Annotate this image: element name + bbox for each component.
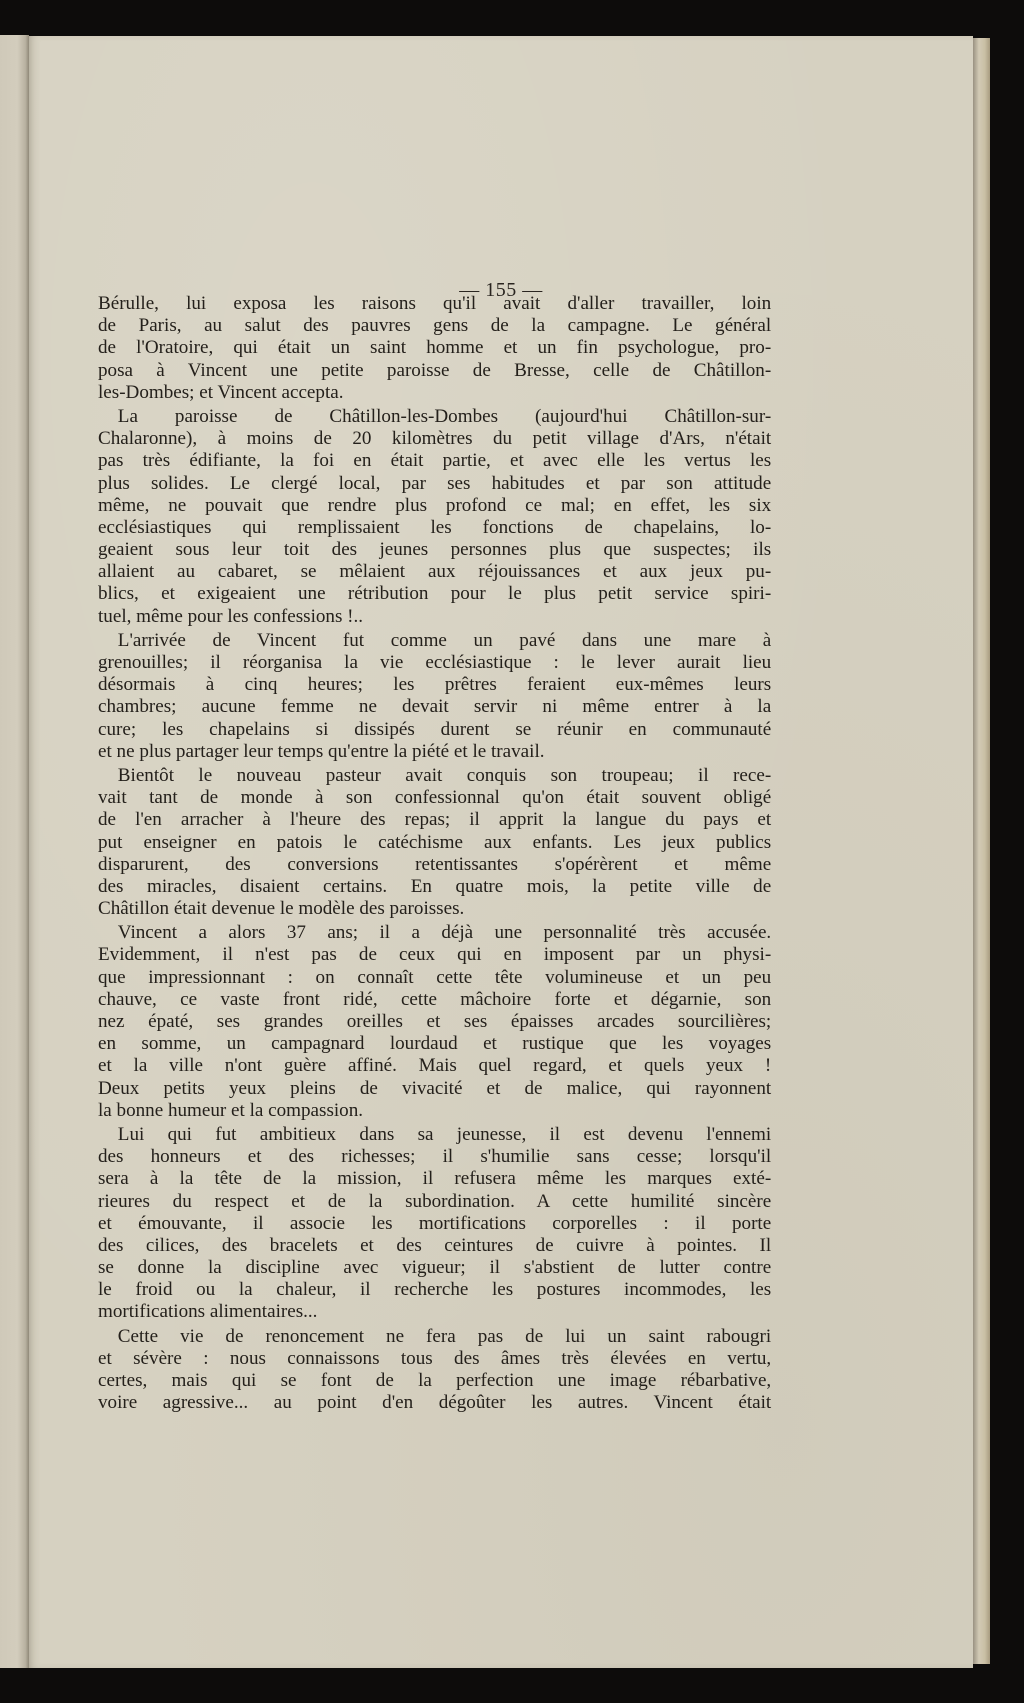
- text-line: nez épaté, ses grandes oreilles et ses é…: [98, 1011, 771, 1033]
- text-line: Châtillon était devenue le modèle des pa…: [98, 898, 771, 920]
- text-line: et émouvante, il associe les mortificati…: [98, 1213, 771, 1235]
- paragraph: Bérulle, lui exposa les raisons qu'il av…: [98, 293, 771, 404]
- text-line: La paroisse de Châtillon-les-Dombes (auj…: [98, 406, 771, 428]
- text-line: Deux petits yeux pleins de vivacité et d…: [98, 1078, 771, 1100]
- text-line: des cilices, des bracelets et des ceintu…: [98, 1235, 771, 1257]
- text-line: certes, mais qui se font de la perfectio…: [98, 1370, 771, 1392]
- text-line: rieures du respect et de la subordinatio…: [98, 1191, 771, 1213]
- text-line: de Paris, au salut des pauvres gens de l…: [98, 315, 771, 337]
- paragraph: Vincent a alors 37 ans; il a déjà une pe…: [98, 922, 771, 1122]
- text-line: Vincent a alors 37 ans; il a déjà une pe…: [98, 922, 771, 944]
- text-line: et sévère : nous connaissons tous des âm…: [98, 1348, 771, 1370]
- text-line: grenouilles; il réorganisa la vie ecclés…: [98, 652, 771, 674]
- text-line: des honneurs et des richesses; il s'humi…: [98, 1146, 771, 1168]
- text-line: et la ville n'ont guère affiné. Mais que…: [98, 1055, 771, 1077]
- paragraph: La paroisse de Châtillon-les-Dombes (auj…: [98, 406, 771, 628]
- paragraph: Cette vie de renoncement ne fera pas de …: [98, 1326, 771, 1415]
- text-line: des miracles, disaient certains. En quat…: [98, 876, 771, 898]
- book-fore-edge: [973, 38, 990, 1664]
- text-line: allaient au cabaret, se mêlaient aux réj…: [98, 561, 771, 583]
- text-line: désormais à cinq heures; les prêtres fer…: [98, 674, 771, 696]
- text-line: L'arrivée de Vincent fut comme un pavé d…: [98, 630, 771, 652]
- text-line: chambres; aucune femme ne devait servir …: [98, 696, 771, 718]
- text-line: disparurent, des conversions retentissan…: [98, 854, 771, 876]
- text-line: mortifications alimentaires...: [98, 1301, 771, 1323]
- text-line: Cette vie de renoncement ne fera pas de …: [98, 1326, 771, 1348]
- paragraph: L'arrivée de Vincent fut comme un pavé d…: [98, 630, 771, 763]
- text-line: le froid ou la chaleur, il recherche les…: [98, 1279, 771, 1301]
- text-line: se donne la discipline avec vigueur; il …: [98, 1257, 771, 1279]
- text-line: les-Dombes; et Vincent accepta.: [98, 382, 771, 404]
- paragraph: Lui qui fut ambitieux dans sa jeunesse, …: [98, 1124, 771, 1324]
- facing-page-edge: [0, 35, 29, 1668]
- text-line: posa à Vincent une petite paroisse de Br…: [98, 360, 771, 382]
- text-line: blics, et exigeaient une rétribution pou…: [98, 583, 771, 605]
- text-line: de l'Oratoire, qui était un saint homme …: [98, 337, 771, 359]
- body-text: Bérulle, lui exposa les raisons qu'il av…: [98, 293, 771, 1416]
- paragraph: Bientôt le nouveau pasteur avait conquis…: [98, 765, 771, 920]
- text-line: même, ne pouvait que rendre plus profond…: [98, 495, 771, 517]
- text-line: que impressionnant : on connaît cette tê…: [98, 967, 771, 989]
- text-line: Evidemment, il n'est pas de ceux qui en …: [98, 944, 771, 966]
- text-line: sera à la tête de la mission, il refuser…: [98, 1168, 771, 1190]
- text-line: Bientôt le nouveau pasteur avait conquis…: [98, 765, 771, 787]
- text-line: put enseigner en patois le catéchisme au…: [98, 832, 771, 854]
- text-line: plus solides. Le clergé local, par ses h…: [98, 473, 771, 495]
- text-line: Lui qui fut ambitieux dans sa jeunesse, …: [98, 1124, 771, 1146]
- text-line: Bérulle, lui exposa les raisons qu'il av…: [98, 293, 771, 315]
- text-line: ecclésiastiques qui remplissaient les fo…: [98, 517, 771, 539]
- text-line: et ne plus partager leur temps qu'entre …: [98, 741, 771, 763]
- text-line: geaient sous leur toit des jeunes person…: [98, 539, 771, 561]
- text-line: pas très édifiante, la foi en était part…: [98, 450, 771, 472]
- text-line: vait tant de monde à son confessionnal q…: [98, 787, 771, 809]
- text-line: de l'en arracher à l'heure des repas; il…: [98, 809, 771, 831]
- text-line: cure; les chapelains si dissipés durent …: [98, 719, 771, 741]
- text-line: en somme, un campagnard lourdaud et rust…: [98, 1033, 771, 1055]
- text-line: chauve, ce vaste front ridé, cette mâcho…: [98, 989, 771, 1011]
- text-line: tuel, même pour les confessions !..: [98, 606, 771, 628]
- text-line: voire agressive... au point d'en dégoûte…: [98, 1392, 771, 1414]
- text-line: Chalaronne), à moins de 20 kilomètres du…: [98, 428, 771, 450]
- text-line: la bonne humeur et la compassion.: [98, 1100, 771, 1122]
